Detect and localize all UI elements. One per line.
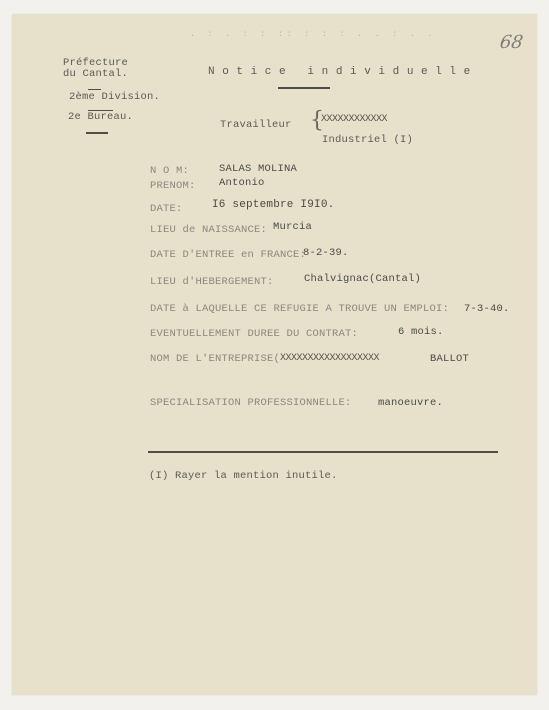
category-label: Travailleur: [220, 119, 292, 131]
struck-option: XXXXXXXXXXXX: [321, 114, 387, 125]
date-value: I6 septembre I9I0.: [212, 199, 334, 211]
company-label: NOM DE L'ENTREPRISE(: [150, 353, 280, 365]
nom-label: N O M:: [150, 165, 189, 177]
birthplace-value: Murcia: [273, 221, 312, 233]
employment-date-value: 7-3-40.: [464, 303, 510, 315]
company-struck: XXXXXXXXXXXXXXXXXX: [280, 353, 379, 364]
header-rule: [86, 132, 108, 134]
birthplace-label: LIEU de NAISSANCE:: [150, 224, 267, 236]
contract-duration-label: EVENTUELLEMENT DUREE DU CONTRAT:: [150, 328, 358, 340]
company-value: BALLOT: [430, 353, 469, 365]
bureau: 2e Bureau.: [68, 111, 133, 123]
entry-date-label: DATE D'ENTREE en FRANCE:: [150, 249, 306, 261]
contract-duration-value: 6 mois.: [398, 326, 444, 338]
faded-marks: . : . : : :: : : : . . : . .: [190, 30, 436, 39]
prenom-value: Antonio: [219, 177, 265, 189]
folio-number: 68: [499, 32, 525, 53]
division-mark: [88, 89, 101, 90]
prefecture-line2: du Cantal.: [63, 68, 128, 80]
footnote: (I) Rayer la mention inutile.: [149, 470, 338, 482]
title-underline: [278, 87, 330, 89]
employment-date-label: DATE à LAQUELLE CE REFUGIE A TROUVE UN E…: [150, 303, 449, 315]
specialisation-label: SPECIALISATION PROFESSIONNELLE:: [150, 397, 352, 409]
nom-value: SALAS MOLINA: [219, 163, 297, 175]
lodging-label: LIEU d'HEBERGEMENT:: [150, 276, 274, 288]
category-option: Industriel (I): [322, 134, 413, 146]
date-label: DATE:: [150, 203, 183, 215]
page-title: N o t i c e i n d i v i d u e l l e: [208, 66, 471, 78]
separator-line: [148, 451, 498, 453]
lodging-value: Chalvignac(Cantal): [304, 273, 421, 285]
division: 2ème Division.: [69, 91, 160, 103]
entry-date-value: 8-2-39.: [303, 247, 349, 259]
prenom-label: PRENOM:: [150, 180, 196, 192]
bureau-mark: [88, 110, 113, 111]
specialisation-value: manoeuvre.: [378, 397, 443, 409]
